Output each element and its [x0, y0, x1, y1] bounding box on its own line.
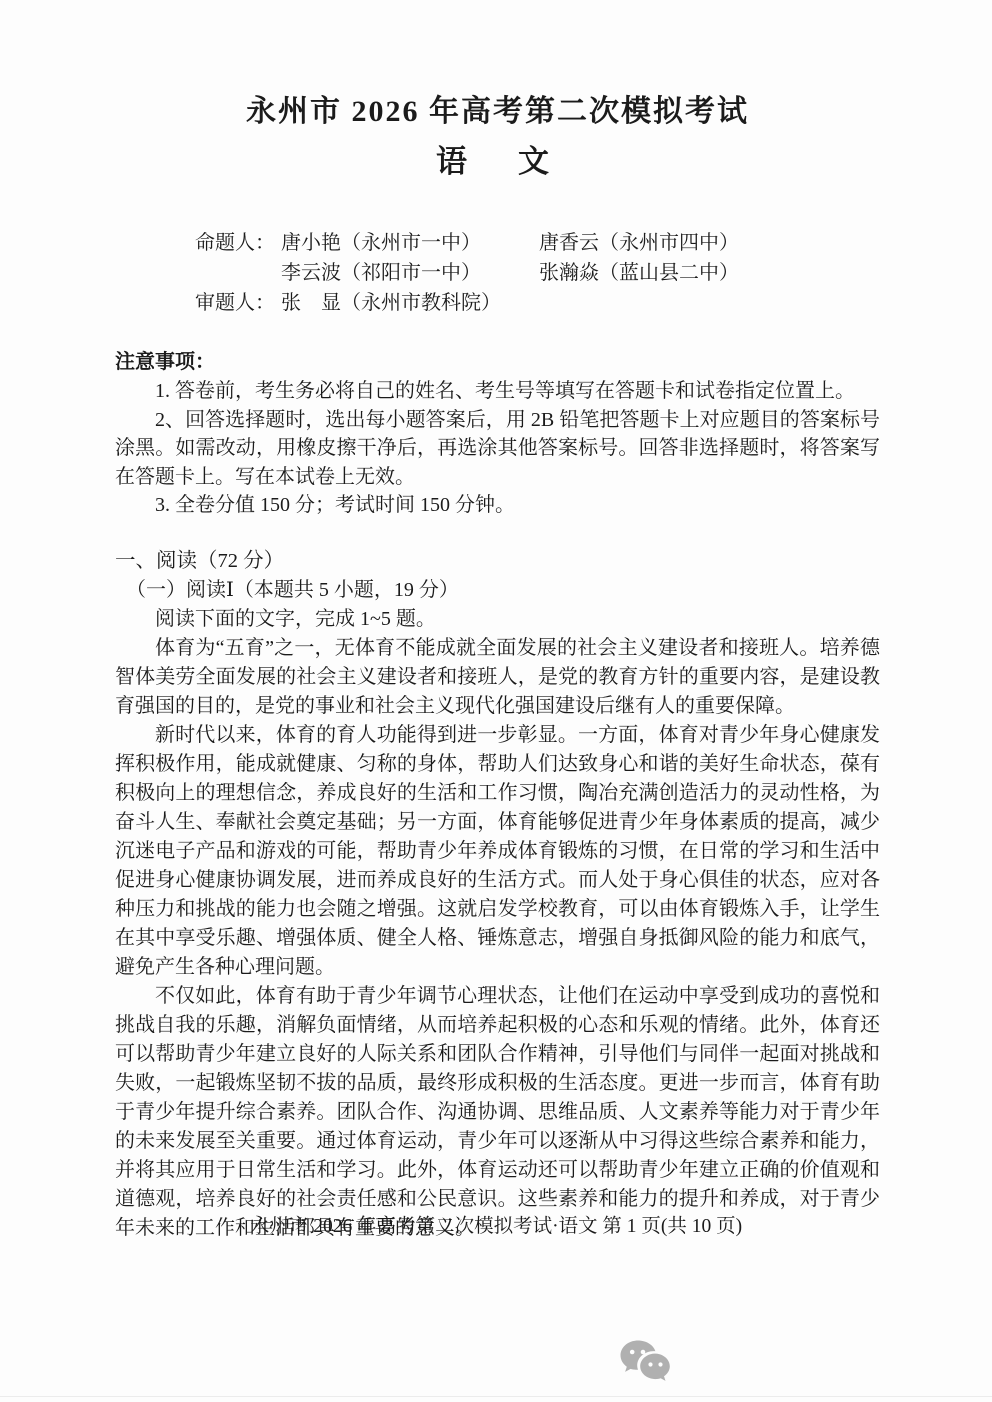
notice-item-2: 2、回答选择题时，选出每小题答案后，用 2B 铅笔把答题卡上对应题目的答案标号涂…	[115, 406, 880, 492]
passage-paragraph: 体育为“五育”之一，无体育不能成就全面发展的社会主义建设者和接班人。培养德智体美…	[115, 634, 880, 721]
notice-item-1: 1. 答卷前，考生务必将自己的姓名、考生号等填写在答题卡和试卷指定位置上。	[115, 377, 880, 406]
notice-item-3: 3. 全卷分值 150 分；考试时间 150 分钟。	[115, 491, 880, 520]
setter-label-spacer	[195, 258, 281, 288]
setter-label: 命题人：	[195, 228, 281, 258]
section-heading: 一、阅读（72 分）	[115, 547, 880, 576]
setter-name-1: 唐小艳（永州市一中）	[281, 228, 539, 258]
authors-block: 命题人： 唐小艳（永州市一中） 唐香云（永州市四中） 李云波（祁阳市一中） 张瀚…	[195, 228, 880, 318]
subject-title: 语 文	[115, 143, 880, 181]
notice-heading: 注意事项：	[115, 347, 880, 377]
setter-name-4: 张瀚焱（蓝山县二中）	[539, 258, 739, 288]
authors-row-2: 李云波（祁阳市一中） 张瀚焱（蓝山县二中）	[195, 258, 880, 288]
passage-paragraph: 不仅如此，体育有助于青少年调节心理状态，让他们在运动中享受到成功的喜悦和挑战自我…	[115, 982, 880, 1243]
passage-instruction: 阅读下面的文字，完成 1~5 题。	[115, 605, 880, 634]
authors-row-1: 命题人： 唐小艳（永州市一中） 唐香云（永州市四中）	[195, 228, 880, 258]
page-title: 永州市 2026 年高考第二次模拟考试	[115, 94, 880, 130]
reviewer-name-1: 张 显（永州市教科院）	[281, 288, 539, 318]
setter-name-2: 唐香云（永州市四中）	[539, 228, 739, 258]
passage-paragraph: 新时代以来，体育的育人功能得到进一步彰显。一方面，体育对青少年身心健康发挥积极作…	[115, 721, 880, 982]
page-footer: 永州市 2026 年高考第二次模拟考试·语文 第 1 页(共 10 页)	[0, 1214, 992, 1240]
authors-row-3: 审题人： 张 显（永州市教科院）	[195, 288, 880, 318]
subsection-heading: （一）阅读Ⅰ（本题共 5 小题，19 分）	[115, 576, 880, 605]
reading-passage: 体育为“五育”之一，无体育不能成就全面发展的社会主义建设者和接班人。培养德智体美…	[115, 634, 880, 1243]
bottom-divider	[0, 1396, 992, 1397]
setter-name-3: 李云波（祁阳市一中）	[281, 258, 539, 288]
reviewer-label: 审题人：	[195, 288, 281, 318]
wechat-icon	[617, 1337, 675, 1387]
reading-section: 一、阅读（72 分） （一）阅读Ⅰ（本题共 5 小题，19 分） 阅读下面的文字…	[115, 547, 880, 1243]
notice-block: 注意事项： 1. 答卷前，考生务必将自己的姓名、考生号等填写在答题卡和试卷指定位…	[115, 347, 880, 520]
exam-paper-page: 永州市 2026 年高考第二次模拟考试 语 文 命题人： 唐小艳（永州市一中） …	[0, 0, 992, 1402]
page-content: 永州市 2026 年高考第二次模拟考试 语 文 命题人： 唐小艳（永州市一中） …	[0, 0, 992, 1243]
